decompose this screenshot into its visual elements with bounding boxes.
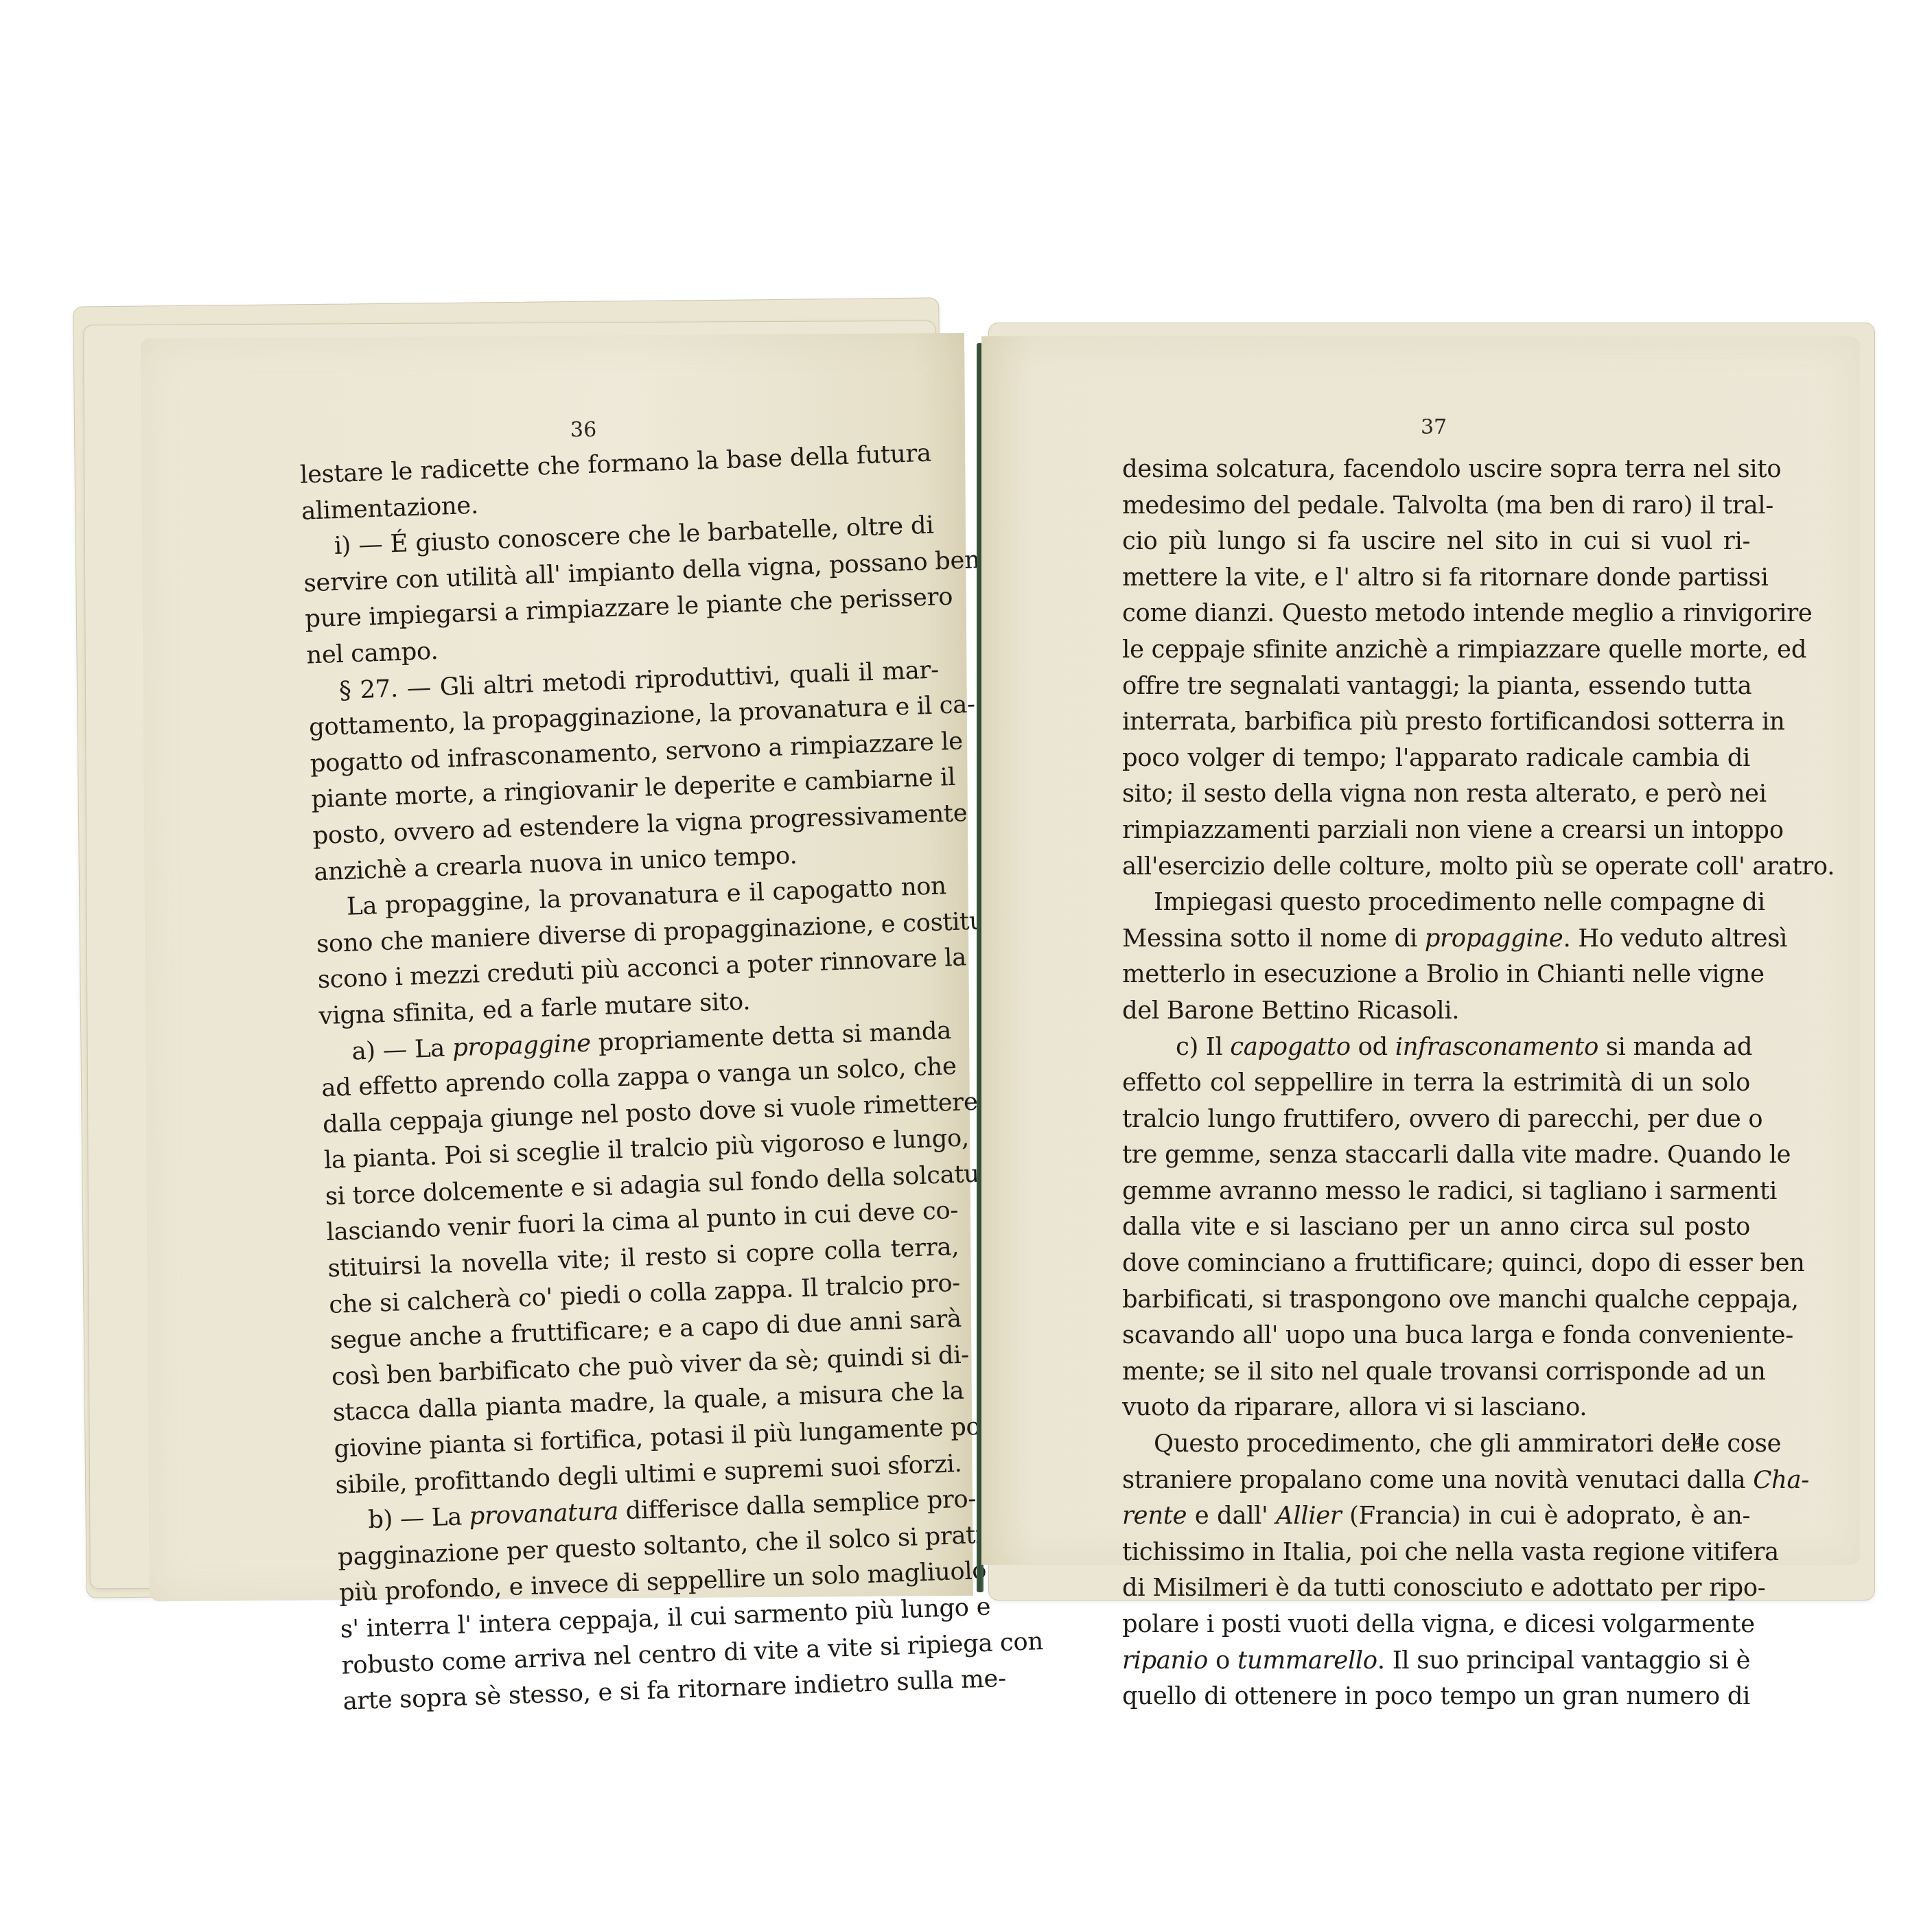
text-line: Messina sotto il nome di propaggine. Ho … [1122, 921, 1750, 957]
italic-term: rente [1122, 1502, 1187, 1530]
text-line: mettere la vite, e l' altro si fa ritorn… [1122, 560, 1750, 596]
text-run: od [1351, 1033, 1395, 1061]
italic-term: propaggine [452, 1029, 591, 1062]
text-line: poco volger di tempo; l'apparato radical… [1122, 741, 1750, 777]
text-run: c) Il [1176, 1033, 1230, 1061]
italic-term: tummarello [1237, 1646, 1377, 1675]
text-line: sito; il sesto della vigna non resta alt… [1122, 776, 1750, 813]
text-line: rente e dall' Allier (Francia) in cui è … [1122, 1498, 1750, 1535]
italic-term: provanatura [469, 1498, 618, 1531]
text-line: Impiegasi questo procedimento nelle comp… [1122, 885, 1750, 921]
text-line: del Barone Bettino Ricasoli. [1122, 993, 1750, 1029]
italic-term: propaggine [1425, 924, 1563, 953]
text-run: o [1208, 1646, 1237, 1675]
text-line: effetto col seppellire in terra la estri… [1122, 1065, 1750, 1102]
text-run: straniere propalano come una novità venu… [1122, 1466, 1753, 1494]
text-line: medesimo del pedale. Talvolta (ma ben di… [1122, 488, 1750, 524]
text-run: a) — La [351, 1034, 453, 1065]
text-line: ripanio o tummarello. Il suo principal v… [1122, 1643, 1750, 1679]
text-line: cio più lungo si fa uscire nel sito in c… [1122, 524, 1750, 560]
text-run: si manda ad [1598, 1033, 1752, 1061]
text-line: vuoto da riparare, allora vi si lasciano… [1122, 1390, 1750, 1426]
page-number-left: 36 [570, 418, 596, 442]
text-line: di Misilmeri è da tutti conosciuto e ado… [1122, 1570, 1750, 1607]
text-run: b) — La [368, 1502, 470, 1534]
text-line: gemme avranno messo le radici, si taglia… [1122, 1174, 1750, 1210]
text-line: interrata, barbifica più presto fortific… [1122, 704, 1750, 741]
text-line: c) Il capogatto od infrasconamento si ma… [1122, 1029, 1750, 1066]
right-page-text: desima solcatura, facendolo uscire sopra… [1122, 452, 1750, 1715]
italic-term: ripanio [1122, 1646, 1208, 1675]
left-page: 36 lestare le radicette che formano la b… [141, 333, 973, 1601]
text-run: . Ho veduto altresì [1563, 924, 1787, 953]
italic-term: Allier [1276, 1502, 1341, 1530]
text-line: dove cominciano a fruttificare; quinci, … [1122, 1246, 1750, 1282]
text-line: come dianzi. Questo metodo intende megli… [1122, 596, 1750, 632]
text-line: offre tre segnalati vantaggi; la pianta,… [1122, 668, 1750, 705]
text-run: . Il suo principal vantaggio si è [1377, 1646, 1750, 1675]
right-page: 37 desima solcatura, facendolo uscire so… [981, 336, 1860, 1565]
italic-term: infrasconamento [1395, 1033, 1598, 1061]
text-run: e dall' [1187, 1502, 1276, 1530]
text-line: tralcio lungo fruttifero, ovvero di pare… [1122, 1102, 1750, 1138]
text-line: all'esercizio delle colture, molto più s… [1122, 849, 1750, 885]
text-line: polare i posti vuoti della vigna, e dice… [1122, 1607, 1750, 1643]
signature-mark: 4 [1694, 1434, 1703, 1452]
text-line: barbificati, si traspongono ove manchi q… [1122, 1282, 1750, 1318]
text-line: tichissimo in Italia, poi che nella vast… [1122, 1535, 1750, 1571]
page-number-right: 37 [1421, 415, 1447, 439]
text-line: tre gemme, senza staccarli dalla vite ma… [1122, 1137, 1750, 1174]
text-line: le ceppaje sfinite anzichè a rimpiazzare… [1122, 632, 1750, 668]
text-line: quello di ottenere in poco tempo un gran… [1122, 1679, 1750, 1715]
text-line: rimpiazzamenti parziali non viene a crea… [1122, 813, 1750, 849]
text-line: desima solcatura, facendolo uscire sopra… [1122, 452, 1750, 488]
text-line: Questo procedimento, che gli ammiratori … [1122, 1426, 1750, 1463]
left-page-text: lestare le radicette che formano la base… [299, 436, 975, 1721]
text-line: dalla vite e si lasciano per un anno cir… [1122, 1209, 1750, 1246]
text-line: scavando all' uopo una buca larga e fond… [1122, 1318, 1750, 1354]
text-run: (Francia) in cui è adoprato, è an- [1341, 1502, 1750, 1530]
italic-term: capogatto [1230, 1033, 1350, 1061]
text-run: Messina sotto il nome di [1122, 924, 1425, 953]
text-line: straniere propalano come una novità venu… [1122, 1463, 1750, 1499]
text-line: metterlo in esecuzione a Brolio in Chian… [1122, 957, 1750, 993]
text-line: mente; se il sito nel quale trovansi cor… [1122, 1354, 1750, 1390]
open-book: 36 lestare le radicette che formano la b… [0, 0, 1932, 1932]
italic-term: Cha- [1753, 1466, 1809, 1494]
